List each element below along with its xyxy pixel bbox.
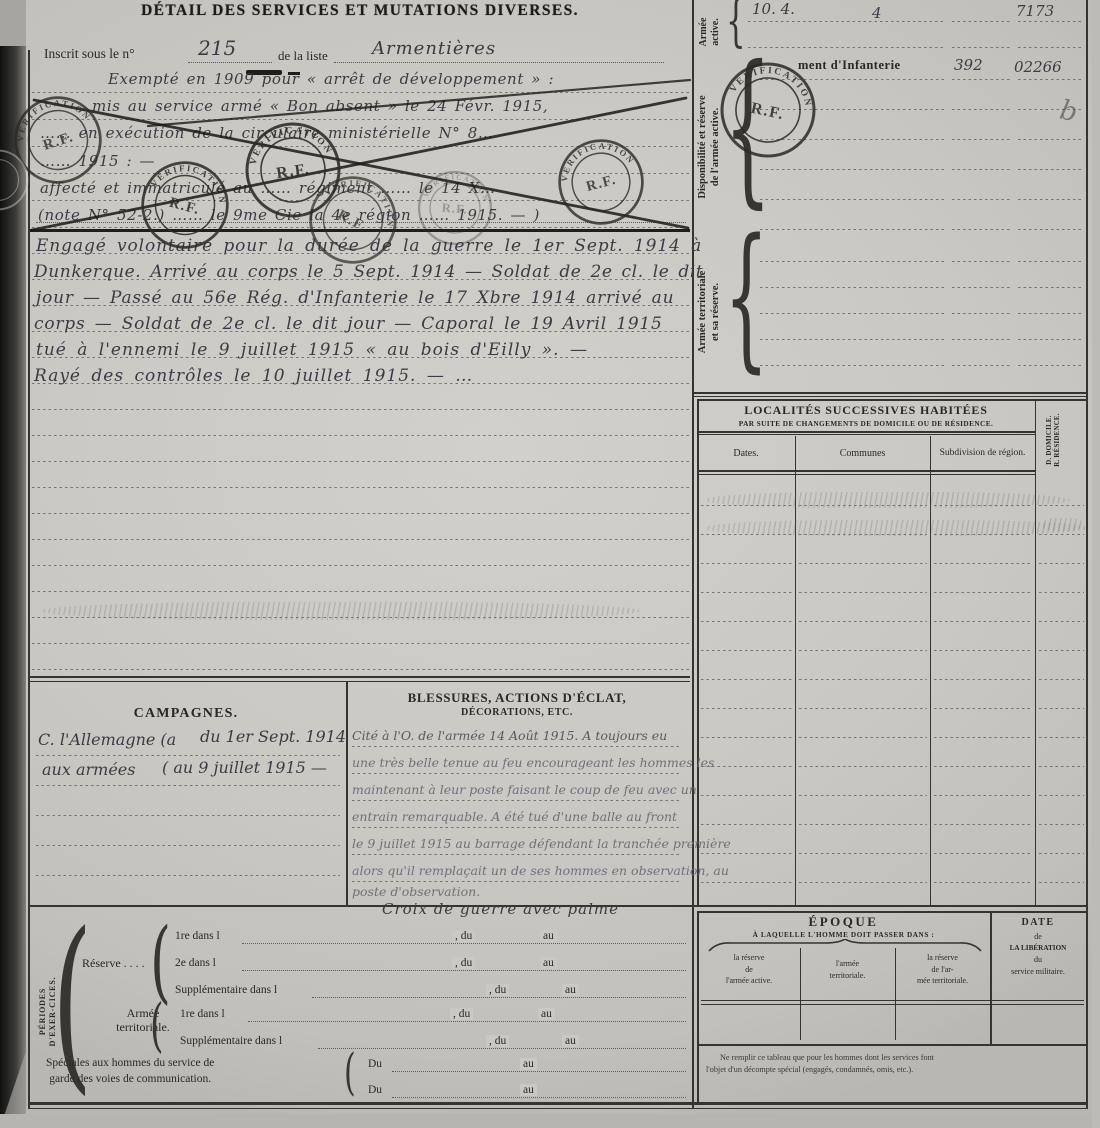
epoque-colhead-rule-a <box>701 1000 1084 1001</box>
stamp-center-text: R.F. <box>275 161 311 183</box>
period-au: au <box>520 1058 537 1070</box>
period-row-label: Supplémentaire dans l <box>180 1035 282 1047</box>
period-du: , du <box>450 1008 473 1020</box>
epoque-col3-line: de l'ar- <box>897 964 988 976</box>
stamp-center-text: R.F. <box>41 129 76 154</box>
epoque-note-line1: Ne remplir ce tableau que pour les homme… <box>706 1052 1082 1064</box>
faint-pencil-entry <box>704 492 1070 508</box>
armee-active-label: Armée active. <box>698 6 722 58</box>
campagnes-line1-right: du 1er Sept. 1914 <box>200 727 346 746</box>
stamp-arc-text: VÉRIFICATION <box>244 120 334 167</box>
scanned-military-record: DÉTAIL DES SERVICES ET MUTATIONS DIVERSE… <box>0 0 1100 1128</box>
dispo-rules-col3 <box>1018 50 1084 230</box>
page-bottom-rule-a <box>28 1102 1088 1105</box>
citation-line: une très belle tenue au feu encourageant… <box>352 755 714 770</box>
campagnes-line1-left: C. l'Allemagne (a <box>38 730 176 749</box>
epoque-col2-line: l'armée <box>802 958 893 970</box>
epoque-date-line: LA LIBÉRATION <box>992 943 1084 954</box>
armee-active-line1: Armée <box>698 6 710 58</box>
verification-stamp: VÉRIFICATION R.F. <box>413 166 498 251</box>
epoque-col3-label: la réserve de l'ar- mée territoriale. <box>897 952 988 987</box>
epoque-col1-line: la réserve <box>699 952 799 964</box>
epoque-col1-line: de <box>699 964 799 976</box>
epoque-col1-line: l'armée active. <box>699 975 799 987</box>
period-row-rule <box>392 1097 686 1098</box>
territoriale-rules-col2 <box>952 236 1010 390</box>
service-line: tué à l'ennemi le 9 juillet 1915 « au bo… <box>36 340 588 360</box>
right-panel-rule-a <box>692 392 1086 394</box>
faint-pencil-note <box>40 602 640 620</box>
period-row-label: 1re dans l <box>175 930 220 942</box>
period-au: au <box>540 930 557 942</box>
hw-regiment-number: 392 <box>954 56 983 74</box>
armee-active-rules-col2 <box>952 0 1010 52</box>
localites-colhead-rule-b <box>697 474 1035 475</box>
epoque-divider-1 <box>800 948 801 1040</box>
localites-col-communes: Communes <box>795 448 930 459</box>
localites-left-border <box>697 399 699 906</box>
dispo-line1: Disponibilité et réserve <box>697 68 710 226</box>
epoque-note-rule <box>697 1044 1086 1046</box>
epoque-date-line: service militaire. <box>992 966 1084 978</box>
speciales-line2: garde des voies de communication. <box>46 1072 214 1088</box>
hw-matricule-number: 02266 <box>1014 58 1062 76</box>
localites-side-label: D. DOMICILE. R. RÉSIDENCE. <box>1046 402 1062 478</box>
period-row-rule <box>248 1021 686 1022</box>
citation-line: poste d'observation. <box>352 884 480 899</box>
blessures-title-line2: DÉCORATIONS, ETC. <box>350 707 684 718</box>
localites-rules-subdivision <box>934 477 1032 906</box>
dispo-rules-col2 <box>952 50 1010 230</box>
page-binding-top <box>0 0 26 46</box>
left-midsection-rule-b <box>30 681 690 682</box>
hw-top-center: 4 <box>872 4 882 22</box>
epoque-left-border <box>697 911 699 1102</box>
epoque-date-line: de <box>992 931 1084 943</box>
inscrit-number-rule <box>188 62 272 63</box>
inscrit-middle: de la liste <box>278 48 328 64</box>
period-au: au <box>562 984 579 996</box>
epoque-divider-2 <box>895 948 896 1040</box>
localites-header-rule-a <box>697 431 1035 433</box>
inscrit-prefix: Inscrit sous le n° <box>44 46 135 62</box>
inscrit-list-rule <box>334 62 664 63</box>
speciales-line1: Spéciales aux hommes du service de <box>46 1056 214 1072</box>
epoque-top-border <box>697 911 1086 913</box>
campagnes-title: CAMPAGNES. <box>36 706 336 722</box>
faint-pencil-entry <box>704 520 1088 536</box>
period-row-rule <box>318 1048 686 1049</box>
citation-line: entrain remarquable. A été tué d'une bal… <box>352 809 677 824</box>
localites-col-dates: Dates. <box>697 448 795 459</box>
period-du: , du <box>486 1035 509 1047</box>
form-right-border <box>1086 0 1088 1108</box>
epoque-date-line: du <box>992 954 1084 966</box>
period-row-label: Du <box>368 1058 382 1070</box>
page-right-margin-shade <box>1092 0 1100 1128</box>
localites-rules-side <box>1039 477 1084 906</box>
faint-pencil-entry <box>1040 518 1084 531</box>
decoration-line: Croix de guerre avec palme <box>382 900 619 918</box>
period-row-label: Supplémentaire dans l <box>175 984 277 996</box>
page-title: DÉTAIL DES SERVICES ET MUTATIONS DIVERSE… <box>30 2 690 20</box>
period-row-rule <box>242 970 686 971</box>
reserve-group-label: Réserve . . . . <box>82 956 145 971</box>
armee-active-line2: active. <box>710 6 722 58</box>
localites-header-rule-b <box>697 434 1035 435</box>
stamp-center-text: R.F. <box>585 172 619 195</box>
period-du: , du <box>452 957 475 969</box>
inscrit-number: 215 <box>198 36 236 60</box>
localites-subtitle: PAR SUITE DE CHANGEMENTS DE DOMICILE OU … <box>699 419 1033 428</box>
service-line: corps — Soldat de 2e cl. le dit jour — C… <box>34 314 663 334</box>
period-au: au <box>538 1008 555 1020</box>
right-panel-rule-b <box>692 396 1086 397</box>
epoque-col2-line: territoriale. <box>802 970 893 982</box>
service-line: Rayé des contrôles le 10 juillet 1915. —… <box>34 366 473 386</box>
localites-divider-side <box>1035 400 1036 906</box>
hw-top-left: 10. 4. <box>752 0 795 18</box>
localites-rules-communes <box>799 477 927 906</box>
epoque-date-label: DATE de LA LIBÉRATION du service militai… <box>992 915 1084 979</box>
period-au: au <box>540 957 557 969</box>
epoque-date-line: DATE <box>992 915 1084 931</box>
epoque-col3-line: la réserve <box>897 952 988 964</box>
svg-text:VÉRIFICATION: VÉRIFICATION <box>244 120 334 167</box>
epoque-subtitle: À LAQUELLE L'HOMME DOIT PASSER DANS : <box>697 931 990 939</box>
stamp-center-text: R.F. <box>167 195 201 219</box>
page-bottom-rule-b <box>28 1108 1088 1109</box>
inscrit-list-name: Armentières <box>372 38 496 59</box>
period-row-rule <box>312 997 686 998</box>
page-bottom-shade <box>0 1114 1100 1128</box>
campagnes-line2-right: ( au 9 juillet 1915 — <box>162 758 327 777</box>
period-row-label: Du <box>368 1084 382 1096</box>
territoriale-line1: Armée territoriale <box>697 236 710 388</box>
period-row-label: 1re dans l <box>180 1008 225 1020</box>
epoque-col3-line: mée territoriale. <box>897 975 988 987</box>
period-du: , du <box>486 984 509 996</box>
epoque-col1-label: la réserve de l'armée active. <box>699 952 799 987</box>
period-row-label: 2e dans l <box>175 957 216 969</box>
stamp-center-text: R.F. <box>441 201 469 217</box>
localites-col-subdivision: Subdivision de région. <box>930 448 1035 458</box>
blessures-title-line1: BLESSURES, ACTIONS D'ÉCLAT, <box>350 690 684 706</box>
territoriale-rules <box>760 236 945 390</box>
epoque-title: ÉPOQUE <box>697 914 990 930</box>
citation-line: alors qu'il remplaçait un de ses hommes … <box>352 863 729 878</box>
stamp-center-text: R.F. <box>749 100 786 124</box>
service-line: jour — Passé au 56e Rég. d'Infanterie le… <box>36 288 674 308</box>
territoriale-group-line2: territoriale. <box>88 1020 198 1034</box>
stamp-center-text: R.F. <box>335 207 370 236</box>
citation-line: le 9 juillet 1915 au barrage défendant l… <box>352 836 731 851</box>
localites-title: LOCALITÉS SUCCESSIVES HABITÉES <box>699 403 1033 418</box>
period-du: , du <box>452 930 475 942</box>
epoque-colhead-rule-b <box>701 1004 1084 1005</box>
territoriale-group-brace: ( <box>150 1002 164 1048</box>
campagnes-blessures-divider <box>346 682 348 906</box>
epoque-note: Ne remplir ce tableau que pour les homme… <box>706 1052 1082 1077</box>
period-au: au <box>562 1035 579 1047</box>
territoriale-label: Armée territoriale et sa réserve. <box>697 236 722 388</box>
campagnes-line2-left: aux armées <box>42 760 135 779</box>
epoque-brace <box>707 939 983 952</box>
left-midsection-rule-a <box>30 676 690 678</box>
campagnes-rules <box>36 726 340 908</box>
speciales-label: Spéciales aux hommes du service de garde… <box>46 1056 214 1087</box>
period-au: au <box>520 1084 537 1096</box>
hw-top-right: 7173 <box>1016 2 1054 20</box>
speciales-brace: ( <box>344 1052 356 1092</box>
localites-side-line2: R. RÉSIDENCE. <box>1054 402 1062 478</box>
citation-line: maintenant à leur poste faisant le coup … <box>352 782 697 797</box>
localites-side-line1: D. DOMICILE. <box>1046 402 1054 478</box>
citation-line: Cité à l'O. de l'armée 14 Août 1915. A t… <box>352 728 667 743</box>
reserve-group-brace: ( <box>150 926 171 998</box>
epoque-note-line2: l'objet d'un décompte spécial (engagés, … <box>706 1064 1082 1076</box>
period-row-rule <box>242 943 686 944</box>
period-row-rule <box>392 1071 686 1072</box>
localites-top-border <box>697 399 1086 401</box>
main-vertical-divider <box>692 0 694 1108</box>
verification-stamp: VÉRIFICATION R.F. <box>709 51 828 170</box>
territoriale-line2: et sa réserve. <box>710 236 723 388</box>
territoriale-brace: { <box>724 234 769 359</box>
epoque-col2-label: l'armée territoriale. <box>802 958 893 981</box>
localites-colhead-rule-a <box>697 470 1035 472</box>
territoriale-rules-col3 <box>1018 236 1084 390</box>
